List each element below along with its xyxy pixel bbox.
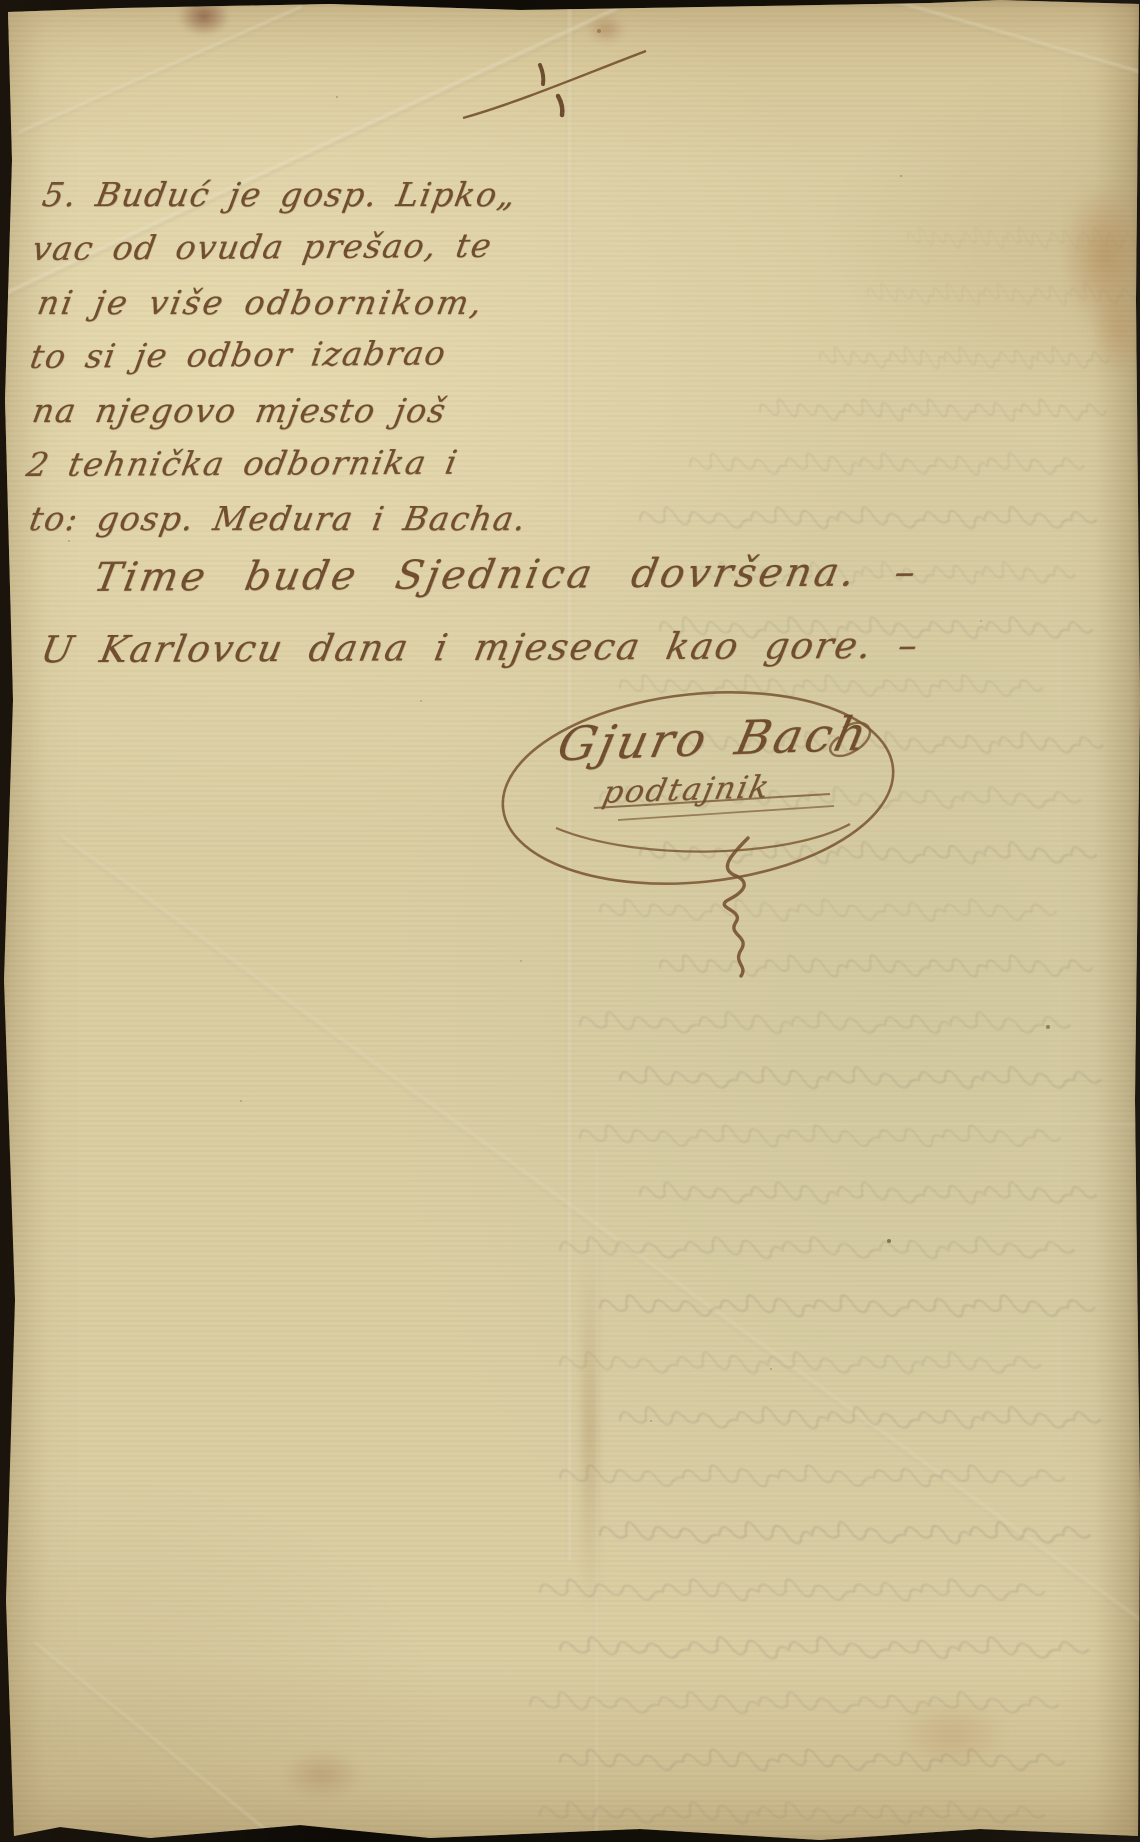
manuscript-line: ni je više odbornikom, <box>33 276 531 330</box>
place-date-line: U Karlovcu dana i mjeseca kao gore. – <box>37 624 923 672</box>
manuscript-line: to si je odbor izabrao <box>26 326 532 384</box>
manuscript-line: vac od ovuda prešao, te <box>28 219 532 276</box>
edge-stain <box>178 0 230 36</box>
manuscript-line: to: gosp. Medura i Bacha. <box>25 492 531 546</box>
registry-slash-mark <box>450 40 665 135</box>
manuscript-line: 2 tehnička odbornika i <box>22 435 532 492</box>
manuscript-line: 5. Buduć je gosp. Lipko„ <box>38 168 531 222</box>
fold-crease-top-left-2 <box>18 5 303 136</box>
signature-name: Gjuro Bach <box>553 707 875 773</box>
scan-background: 5. Buduć je gosp. Lipko„ vac od ovuda pr… <box>0 0 1140 1842</box>
bleedthrough-texture <box>520 200 1140 1840</box>
closing-sentence: Time bude Sjednica dovršena. – <box>90 549 922 601</box>
fold-crease-top-right <box>894 0 1140 76</box>
manuscript-line: na njegovo mjesto još <box>28 384 531 438</box>
signature-title: podtajnik <box>599 769 774 811</box>
paper-sheet: 5. Buduć je gosp. Lipko„ vac od ovuda pr… <box>0 0 1140 1842</box>
signature-block: Gjuro Bach podtajnik <box>498 676 908 1006</box>
dust-specks <box>0 0 2 2</box>
fold-crease-bottom-left <box>32 1641 268 1834</box>
water-stain <box>282 1750 362 1800</box>
manuscript-paragraph: 5. Buduć je gosp. Lipko„ vac od ovuda pr… <box>38 168 522 546</box>
